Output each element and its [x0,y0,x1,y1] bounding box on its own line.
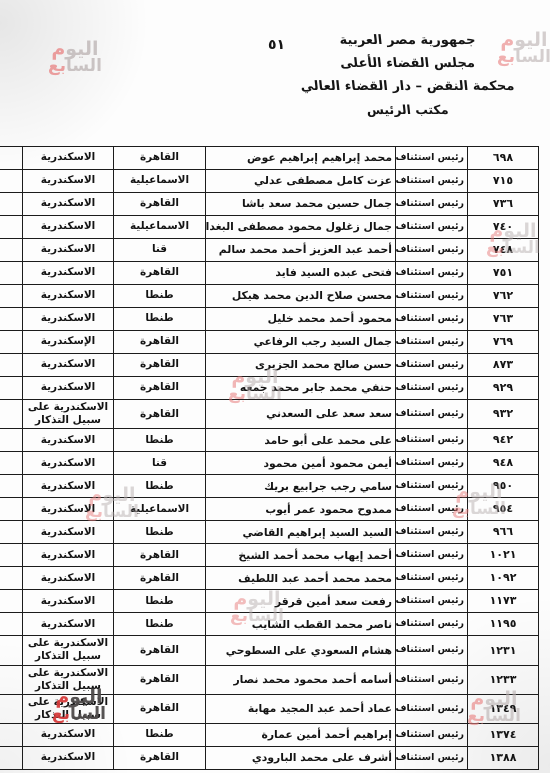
table-row: ١٠٩٢رئيس استئنافمحمد محمد أحمد عبد اللطي… [0,567,539,590]
table-row: ٧٣٦رئيس استئنافجمال حسين محمد سعد باشاال… [0,193,539,216]
judge-name-cell: رفعت سعد أمين قرقر [206,590,396,613]
transfer-destination-cell: الاسكندرية [23,193,114,216]
table-row: ١١٩٥رئيس استئنافناصر محمد القطب الشايبطن… [0,613,539,636]
job-title-cell: رئيس استئناف [396,354,468,377]
empty-cell [0,724,23,747]
seq-number-cell: ٧٦٢ [468,285,539,308]
transfer-destination-cell: الاسكندرية [23,613,114,636]
current-court-cell: الاسماعيلية [114,216,206,239]
job-title-cell: رئيس استئناف [396,636,468,665]
judge-name-cell: أسامه أحمد محمود محمد نصار [206,665,396,694]
document-header: جمهورية مصر العربية مجلس القضاء الأعلى م… [280,33,535,125]
transfer-destination-cell: الإسكندرية [23,331,114,354]
seq-number-cell: ١٢٣٣ [468,665,539,694]
transfer-destination-cell: الاسكندرية [23,724,114,747]
current-court-cell: طنطا [114,521,206,544]
table-row: ٧٤٠رئيس استئنافجمال زغلول محمود مصطفى ال… [0,216,539,239]
seq-number-cell: ١٢٣١ [468,636,539,665]
seq-number-cell: ٩٣٢ [468,400,539,429]
current-court-cell: طنطا [114,475,206,498]
judge-name-cell: ناصر محمد القطب الشايب [206,613,396,636]
seq-number-cell: ٩٦٦ [468,521,539,544]
current-court-cell: القاهرة [114,377,206,400]
seq-number-cell: ٧١٥ [468,170,539,193]
transfer-destination-cell: الاسكندرية [23,590,114,613]
table-row: ١٢٣٣رئيس استئنافأسامه أحمد محمود محمد نص… [0,665,539,694]
table-row: ١٣٧٤رئيس استئنافإبراهيم أحمد أمين عمارةط… [0,724,539,747]
judge-name-cell: محمد محمد أحمد عبد اللطيف [206,567,396,590]
transfer-destination-cell: الاسكندرية [23,262,114,285]
transfer-destination-cell: الاسكندرية [23,452,114,475]
empty-cell [0,498,23,521]
job-title-cell: رئيس استئناف [396,498,468,521]
judge-name-cell: محسن صلاح الدين محمد هيكل [206,285,396,308]
current-court-cell: القاهرة [114,567,206,590]
table-row: ٧١٥رئيس استئنافعزت كامل مصطفى عدليالاسما… [0,170,539,193]
empty-cell [0,239,23,262]
seq-number-cell: ٨٧٣ [468,354,539,377]
header-council-line: مجلس القضاء الأعلى [279,56,536,71]
seq-number-cell: ٧٦٣ [468,308,539,331]
empty-cell [0,567,23,590]
judge-name-cell: أحمد إيهاب محمد أحمد الشيخ [206,544,396,567]
table-row: ٩٤٢رئيس استئنافعلى محمد على أبو حامدطنطا… [0,429,539,452]
job-title-cell: رئيس استئناف [396,747,468,770]
transfer-destination-cell: الاسكندرية [23,308,114,331]
scanned-document-page: ٥١ جمهورية مصر العربية مجلس القضاء الأعل… [0,0,550,773]
judge-name-cell: السيد السيد إبراهيم القاضي [206,521,396,544]
judge-name-cell: حسن صالح محمد الجزيرى [206,354,396,377]
empty-cell [0,613,23,636]
table-row: ٧٤٨رئيس استئنافأحمد عبد العزيز أحمد محمد… [0,239,539,262]
seq-number-cell: ٧٥١ [468,262,539,285]
current-court-cell: القاهرة [114,331,206,354]
transfer-destination-cell: الاسكندرية [23,429,114,452]
judge-name-cell: جمال السيد رجب الرفاعي [206,331,396,354]
seq-number-cell: ١٣٧٤ [468,724,539,747]
seq-number-cell: ١٠٩٢ [468,567,539,590]
current-court-cell: القاهرة [114,262,206,285]
seq-number-cell: ١٣٤٩ [468,694,539,723]
transfer-destination-cell: الاسكندرية [23,147,114,170]
seq-number-cell: ٩٢٩ [468,377,539,400]
table-row: ٨٧٣رئيس استئنافحسن صالح محمد الجزيرىالقا… [0,354,539,377]
judge-name-cell: هشام السعودي على السطوحي [206,636,396,665]
empty-cell [0,308,23,331]
empty-cell [0,590,23,613]
current-court-cell: القاهرة [114,400,206,429]
current-court-cell: طنطا [114,590,206,613]
current-court-cell: القاهرة [114,354,206,377]
empty-cell [0,400,23,429]
empty-cell [0,636,23,665]
empty-cell [0,216,23,239]
current-court-cell: الاسماعيلية [114,498,206,521]
current-court-cell: طنطا [114,724,206,747]
empty-cell [0,521,23,544]
job-title-cell: رئيس استئناف [396,724,468,747]
current-court-cell: القاهرة [114,147,206,170]
transfer-destination-cell: الاسكندرية [23,216,114,239]
transfer-destination-cell: الاسكندرية [23,747,114,770]
judge-name-cell: أشرف على محمد البارودي [206,747,396,770]
job-title-cell: رئيس استئناف [396,216,468,239]
empty-cell [0,170,23,193]
current-court-cell: القاهرة [114,544,206,567]
transfer-destination-cell: الاسكندرية [23,170,114,193]
table-row: ١١٧٣رئيس استئنافرفعت سعد أمين قرقرطنطاال… [0,590,539,613]
transfer-destination-cell: الاسكندرية على سبيل التذكار [23,665,114,694]
job-title-cell: رئيس استئناف [396,193,468,216]
job-title-cell: رئيس استئناف [396,665,468,694]
table-row: ٧٦٣رئيس استئنافمحمود أحمد محمد خليلطنطاا… [0,308,539,331]
table-row: ٧٦٢رئيس استئنافمحسن صلاح الدين محمد هيكل… [0,285,539,308]
empty-cell [0,429,23,452]
current-court-cell: القاهرة [114,665,206,694]
seq-number-cell: ٧٤٠ [468,216,539,239]
seq-number-cell: ٧٣٦ [468,193,539,216]
current-court-cell: الاسماعيلية [114,170,206,193]
job-title-cell: رئيس استئناف [396,452,468,475]
current-court-cell: طنطا [114,285,206,308]
judge-name-cell: فتحى عبده السيد فايد [206,262,396,285]
job-title-cell: رئيس استئناف [396,475,468,498]
judge-name-cell: سعد سعد على السعدني [206,400,396,429]
seq-number-cell: ٩٥٤ [468,498,539,521]
judge-name-cell: عماد أحمد عبد المجيد مهابة [206,694,396,723]
empty-cell [0,694,23,723]
empty-cell [0,331,23,354]
job-title-cell: رئيس استئناف [396,285,468,308]
transfer-destination-cell: الاسكندرية على سبيل التذكار [23,694,114,723]
table-row: ٩٤٨رئيس استئنافأيمن محمود أمين محمودقناا… [0,452,539,475]
empty-cell [0,262,23,285]
current-court-cell: قنا [114,239,206,262]
seq-number-cell: ٩٥٠ [468,475,539,498]
transfer-destination-cell: الاسكندرية [23,544,114,567]
job-title-cell: رئيس استئناف [396,567,468,590]
seq-number-cell: ١٣٨٨ [468,747,539,770]
current-court-cell: طنطا [114,308,206,331]
job-title-cell: رئيس استئناف [396,239,468,262]
table-row: ١٠٢١رئيس استئنافأحمد إيهاب محمد أحمد الش… [0,544,539,567]
seq-number-cell: ٧٦٩ [468,331,539,354]
table-row: ٩٦٦رئيس استئنافالسيد السيد إبراهيم القاض… [0,521,539,544]
current-court-cell: طنطا [114,613,206,636]
judge-name-cell: حنفي محمد جابر محمد جمعه [206,377,396,400]
seq-number-cell: ١١٧٣ [468,590,539,613]
judge-name-cell: على محمد على أبو حامد [206,429,396,452]
empty-cell [0,544,23,567]
job-title-cell: رئيس استئناف [396,331,468,354]
empty-cell [0,665,23,694]
job-title-cell: رئيس استئناف [396,694,468,723]
transfer-destination-cell: الاسكندرية [23,521,114,544]
job-title-cell: رئيس استئناف [396,429,468,452]
judge-name-cell: ممدوح محمود عمر أيوب [206,498,396,521]
transfer-destination-cell: الاسكندرية [23,354,114,377]
seq-number-cell: ٩٤٢ [468,429,539,452]
table-row: ٩٥٤رئيس استئنافممدوح محمود عمر أيوبالاسم… [0,498,539,521]
table-row: ١٣٤٩رئيس استئنافعماد أحمد عبد المجيد مها… [0,694,539,723]
seq-number-cell: ١١٩٥ [468,613,539,636]
transfer-destination-cell: الاسكندرية على سبيل التذكار [23,636,114,665]
current-court-cell: القاهرة [114,747,206,770]
header-office-line: مكتب الرئيس [279,102,536,117]
current-court-cell: القاهرة [114,636,206,665]
transfer-destination-cell: الاسكندرية [23,239,114,262]
table-row: ٦٩٨رئيس استئنافمحمد إبراهيم إبراهيم عوضا… [0,147,539,170]
judge-name-cell: جمال زغلول محمود مصطفى البغدادي [206,216,396,239]
judge-name-cell: أيمن محمود أمين محمود [206,452,396,475]
seq-number-cell: ٩٤٨ [468,452,539,475]
header-country-line: جمهورية مصر العربية [279,33,536,48]
youm7-watermark: اليوم السابع [48,40,102,74]
current-court-cell: طنطا [114,429,206,452]
job-title-cell: رئيس استئناف [396,613,468,636]
job-title-cell: رئيس استئناف [396,590,468,613]
table-row: ٩٥٠رئيس استئنافسامي رجب جرابيع بريكطنطاا… [0,475,539,498]
judge-name-cell: عزت كامل مصطفى عدلي [206,170,396,193]
table-row: ٧٦٩رئيس استئنافجمال السيد رجب الرفاعيالق… [0,331,539,354]
transfer-destination-cell: الاسكندرية [23,567,114,590]
judge-name-cell: جمال حسين محمد سعد باشا [206,193,396,216]
job-title-cell: رئيس استئناف [396,544,468,567]
transfer-destination-cell: الاسكندرية [23,285,114,308]
empty-cell [0,747,23,770]
table-row: ١٢٣١رئيس استئنافهشام السعودي على السطوحي… [0,636,539,665]
empty-cell [0,475,23,498]
empty-cell [0,452,23,475]
table-body: ٦٩٨رئيس استئنافمحمد إبراهيم إبراهيم عوضا… [0,147,539,770]
empty-cell [0,147,23,170]
judge-name-cell: محمد إبراهيم إبراهيم عوض [206,147,396,170]
seq-number-cell: ٧٤٨ [468,239,539,262]
transfer-destination-cell: الاسكندرية [23,475,114,498]
transfer-destination-cell: الاسكندرية على سبيل التذكار [23,400,114,429]
seq-number-cell: ٦٩٨ [468,147,539,170]
table-row: ٩٣٢رئيس استئنافسعد سعد على السعدنيالقاهر… [0,400,539,429]
table-row: ٧٥١رئيس استئناففتحى عبده السيد فايدالقاه… [0,262,539,285]
judge-name-cell: محمود أحمد محمد خليل [206,308,396,331]
header-court-line: محكمة النقض – دار القضاء العالي [279,79,536,94]
empty-cell [0,285,23,308]
transfer-destination-cell: الاسكندرية [23,498,114,521]
empty-cell [0,193,23,216]
judge-name-cell: أحمد عبد العزيز أحمد محمد سالم [206,239,396,262]
current-court-cell: القاهرة [114,694,206,723]
job-title-cell: رئيس استئناف [396,308,468,331]
job-title-cell: رئيس استئناف [396,262,468,285]
table-row: ١٣٨٨رئيس استئنافأشرف على محمد الباروديال… [0,747,539,770]
table-row: ٩٢٩رئيس استئنافحنفي محمد جابر محمد جمعها… [0,377,539,400]
judge-name-cell: إبراهيم أحمد أمين عمارة [206,724,396,747]
job-title-cell: رئيس استئناف [396,147,468,170]
transfer-destination-cell: الاسكندرية [23,377,114,400]
job-title-cell: رئيس استئناف [396,521,468,544]
job-title-cell: رئيس استئناف [396,400,468,429]
current-court-cell: القاهرة [114,193,206,216]
seq-number-cell: ١٠٢١ [468,544,539,567]
judges-transfer-table: ٦٩٨رئيس استئنافمحمد إبراهيم إبراهيم عوضا… [0,146,539,770]
job-title-cell: رئيس استئناف [396,377,468,400]
empty-cell [0,354,23,377]
current-court-cell: قنا [114,452,206,475]
empty-cell [0,377,23,400]
job-title-cell: رئيس استئناف [396,170,468,193]
judge-name-cell: سامي رجب جرابيع بريك [206,475,396,498]
